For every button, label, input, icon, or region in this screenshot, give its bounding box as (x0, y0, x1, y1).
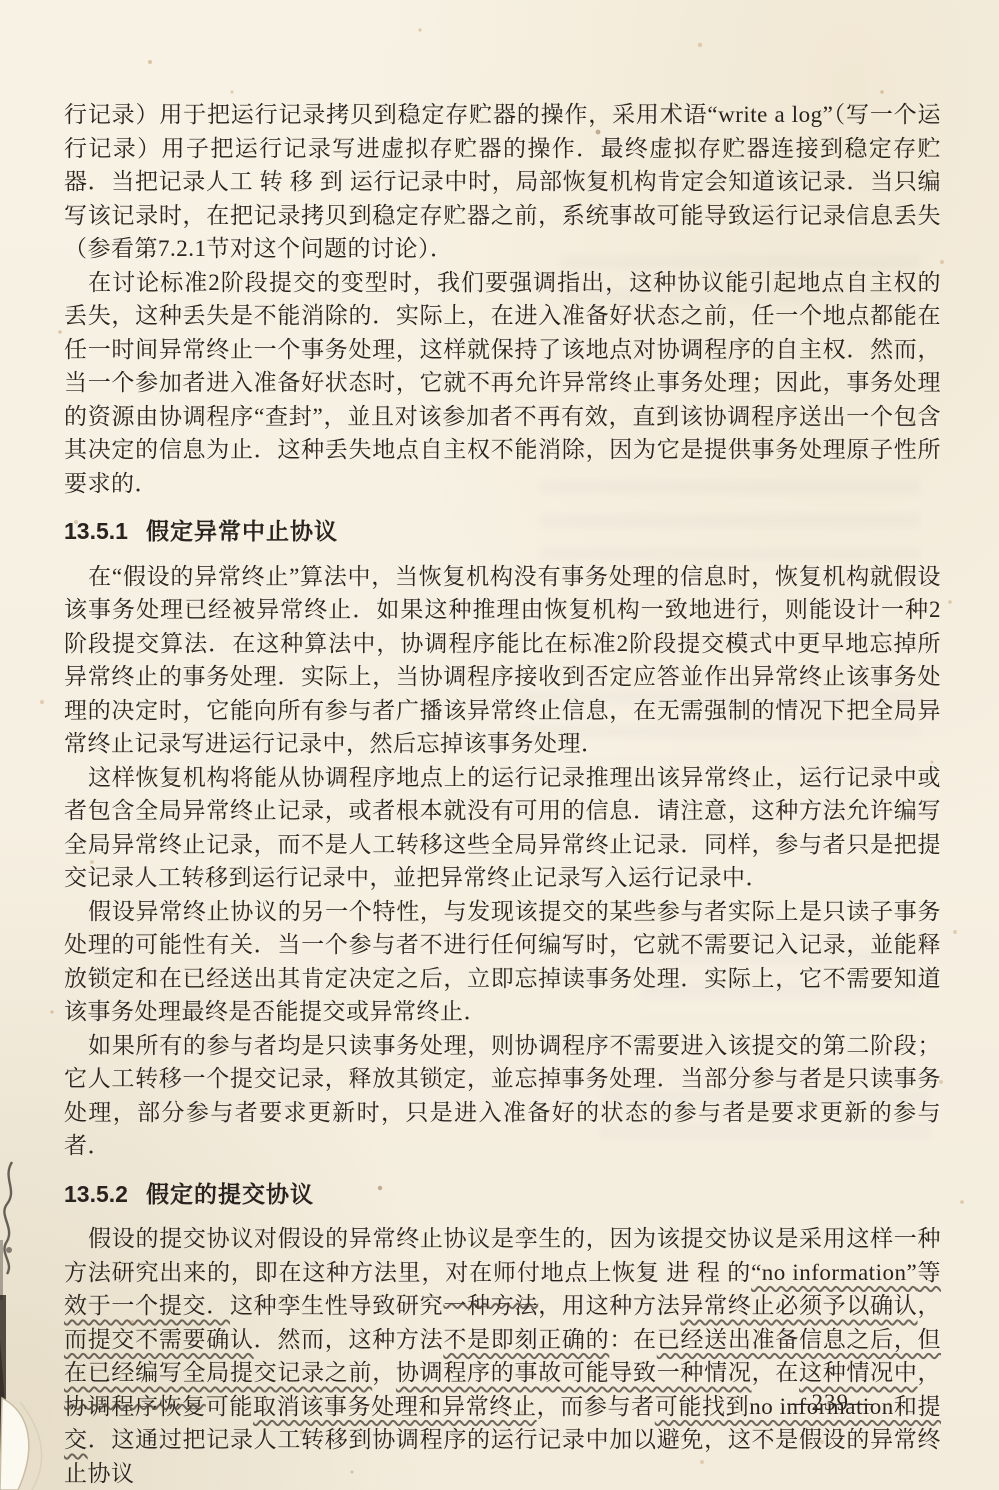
section-heading-13-5-2: 13.5.2假定的提交协议 (64, 1178, 941, 1212)
margin-pencil-scribble (4, 1162, 12, 1274)
paragraph-presumed-abort-1: 在“假设的异常终止”算法中，当恢复机构没有事务处理的信息时，恢复机构就假设该事务… (64, 560, 941, 761)
paragraph-discussion-2pc: 在讨论标准2阶段提交的变型时，我们要强调指出，这种协议能引起地点自主权的丢失，这… (64, 266, 941, 501)
section-heading-13-5-1: 13.5.1假定异常中止协议 (64, 515, 941, 549)
scan-edge-shadow (0, 1240, 6, 1490)
section-title: 假定的提交协议 (146, 1181, 314, 1207)
hand-annotated-phrase: 协调程序恢复 (64, 1394, 206, 1419)
paragraph-read-only-participants: 假设异常终止协议的另一个特性，与发现该提交的某些参与者实际上是只读子事务处理的可… (64, 895, 941, 1029)
hand-annotated-phrase: 取消该事务处理和异常终止 (253, 1394, 537, 1419)
paragraph-all-read-only: 如果所有的参与者均是只读事务处理，则协调程序不需要进入该提交的第二阶段；它人工转… (64, 1029, 941, 1163)
section-number: 13.5.1 (64, 518, 128, 544)
torn-corner (0, 1340, 42, 1490)
paragraph-presumed-commit-annotated: 假设的提交协议对假设的异常终止协议是孪生的，因为该提交协议是采用这样一种方法研究… (64, 1222, 941, 1490)
text-segment: ．这通过把记录人工转移到协调程序的运行记录中加以避免，这不是假设的异常终止协议 (64, 1427, 941, 1486)
text-segment: ：在 (609, 1327, 656, 1352)
text-segment: 可能 (206, 1394, 253, 1419)
text-segment: ， (372, 1360, 396, 1385)
text-segment: ，用这种方法 (538, 1293, 680, 1318)
hand-annotated-phrase: 而提交不需要确认 (64, 1327, 254, 1352)
page-number: —239— (788, 1390, 874, 1416)
section-title: 假定异常中止协议 (146, 518, 338, 544)
scanned-book-page: 行记录）用于把运行记录拷贝到稳定存贮器的操作，采用术语“write a log”… (0, 0, 999, 1490)
hand-annotated-phrase: 协调程序的事故可能导致一种情况 (396, 1360, 752, 1385)
text-segment: ， (918, 1360, 942, 1385)
text-segment: ， (918, 1293, 942, 1318)
paragraph-presumed-abort-2: 这样恢复机构将能从协调程序地点上的运行记录推理出该异常终止，运行记录中或者包含全… (64, 761, 941, 895)
paragraph-runover: 行记录）用于把运行记录拷贝到稳定存贮器的操作，采用术语“write a log”… (64, 98, 941, 266)
text-segment: 这种孪生性导致研究 (230, 1293, 443, 1318)
hand-annotated-phrase: 一种方法 (443, 1293, 538, 1318)
text-segment: ，而参与者 (537, 1394, 655, 1419)
hand-annotated-phrase: 不是即刻正确的 (443, 1327, 609, 1352)
hand-annotated-phrase: 这种情况中 (799, 1360, 918, 1385)
section-number: 13.5.2 (64, 1181, 128, 1207)
hand-annotated-phrase: “no information” (751, 1260, 917, 1285)
text-segment: ，在 (752, 1360, 799, 1385)
page-body: 行记录）用于把运行记录拷贝到稳定存贮器的操作，采用术语“write a log”… (64, 98, 941, 1490)
text-segment: ．然而，这种方法 (254, 1327, 444, 1352)
hand-annotated-phrase: 异常终止必须予以确认 (680, 1293, 917, 1318)
